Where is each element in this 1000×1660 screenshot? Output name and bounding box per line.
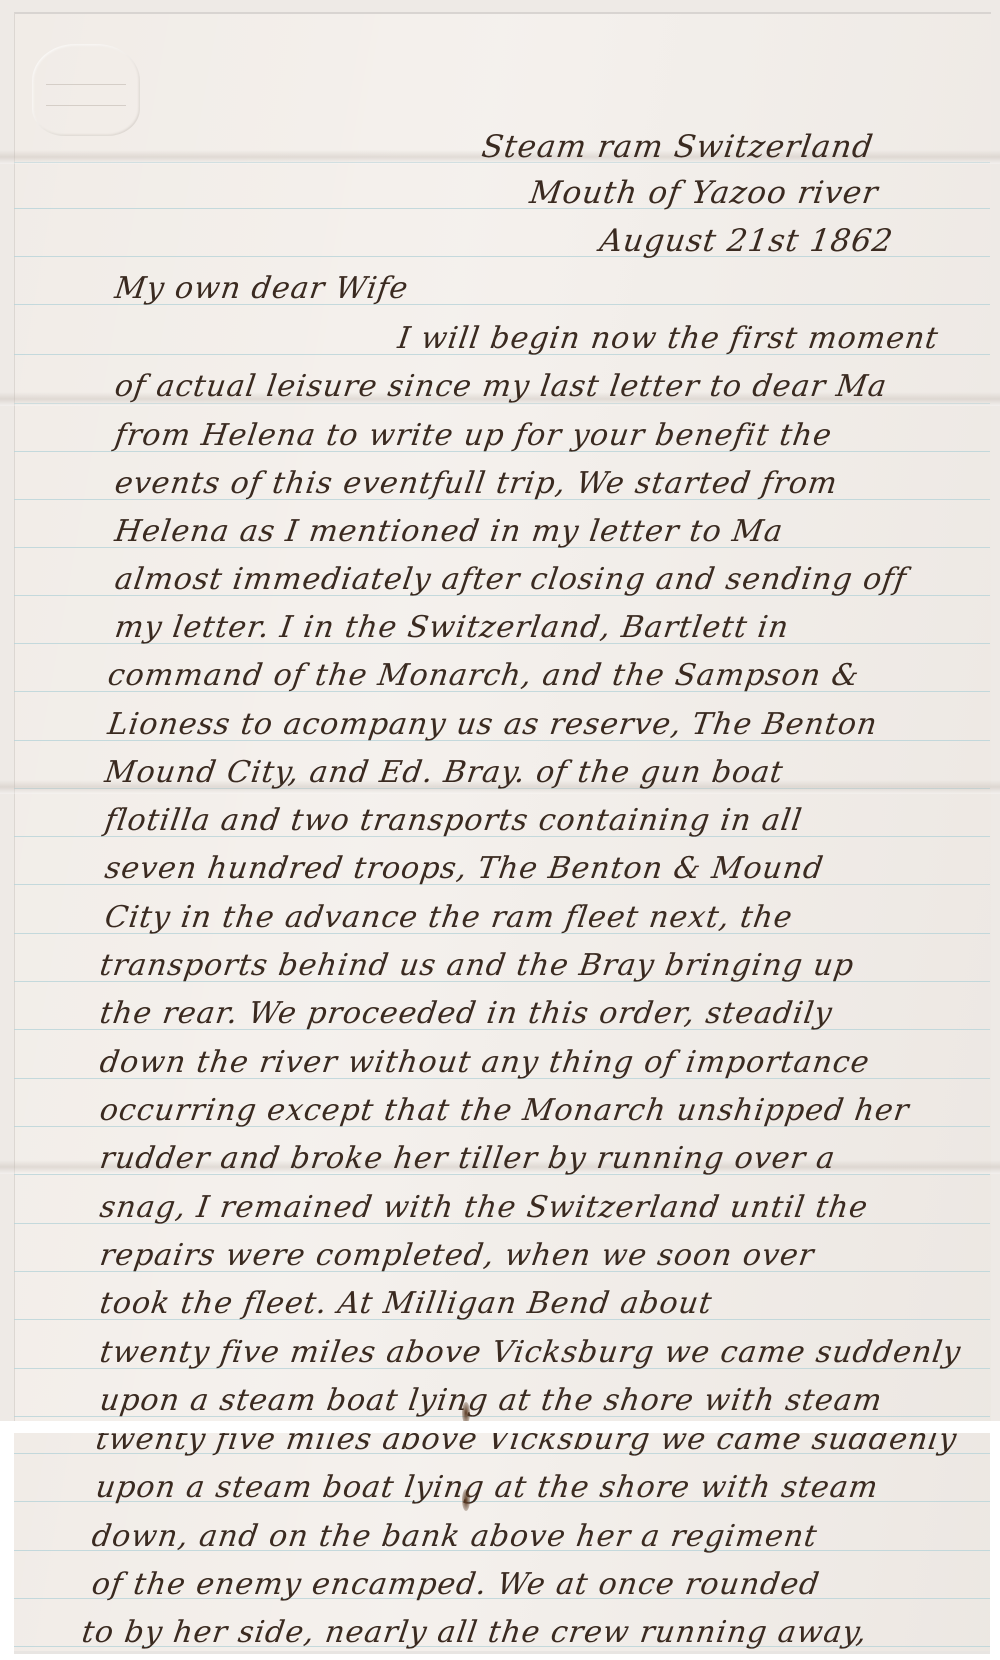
body-line: the rear. We proceeded in this order, st…: [98, 999, 835, 1029]
body-line: to by her side, nearly all the crew runn…: [80, 1618, 869, 1648]
body-line: twenty five miles above Vicksburg we cam…: [94, 1433, 959, 1455]
body-line: down the river without any thing of impo…: [98, 1048, 872, 1078]
body-line: twenty five miles above Vicksburg we cam…: [98, 1338, 963, 1368]
body-line: rudder and broke her tiller by running o…: [98, 1144, 838, 1174]
body-line: repairs were completed, when we soon ove…: [98, 1241, 816, 1271]
embossed-stamp-icon: [32, 44, 140, 136]
body-line: upon a steam boat lying at the shore wit…: [94, 1473, 880, 1503]
body-line: upon a steam boat lying at the shore wit…: [98, 1386, 884, 1416]
salutation: My own dear Wife: [113, 274, 410, 304]
body-line: snag, I remained with the Switzerland un…: [98, 1193, 870, 1223]
ink-stain: [462, 1489, 470, 1511]
body-line: events of this eventfull trip, We starte…: [113, 469, 840, 499]
body-line: down, and on the bank above her a regime…: [90, 1522, 819, 1552]
body-line: took the fleet. At Milligan Bend about: [98, 1289, 714, 1319]
body-line: my letter. I in the Switzerland, Bartlet…: [113, 613, 791, 643]
body-line: from Helena to write up for your benefit…: [113, 421, 834, 451]
letter-page-scan-continuation: twenty five miles above Vicksburg we cam…: [0, 1433, 1000, 1660]
body-line: transports behind us and the Bray bringi…: [98, 951, 856, 981]
body-line: command of the Monarch, and the Sampson …: [106, 661, 862, 691]
heading-date: August 21st 1862: [598, 226, 895, 257]
body-line: seven hundred troops, The Benton & Mound: [103, 854, 826, 884]
body-line: almost immediately after closing and sen…: [113, 565, 909, 595]
body-line: occurring except that the Monarch unship…: [98, 1096, 911, 1126]
letter-page-scan: Steam ram Switzerland Mouth of Yazoo riv…: [0, 0, 1000, 1421]
body-line: Mound City, and Ed. Bray. of the gun boa…: [103, 758, 785, 788]
heading-location: Mouth of Yazoo river: [528, 178, 880, 209]
body-line: Lioness to acompany us as reserve, The B…: [106, 710, 880, 740]
body-line: I will begin now the first moment: [396, 324, 941, 354]
body-line: flotilla and two transports containing i…: [103, 806, 804, 836]
ink-stain: [462, 1402, 470, 1421]
body-line: City in the advance the ram fleet next, …: [103, 903, 795, 933]
body-line: of actual leisure since my last letter t…: [113, 372, 889, 402]
body-line: Helena as I mentioned in my letter to Ma: [113, 517, 785, 547]
heading-vessel: Steam ram Switzerland: [480, 132, 876, 163]
body-line: of the enemy encamped. We at once rounde…: [90, 1570, 822, 1600]
